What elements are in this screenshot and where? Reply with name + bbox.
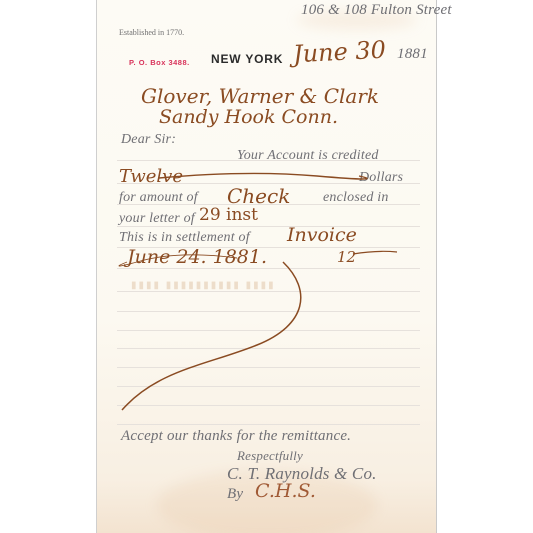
by-label: By bbox=[227, 486, 243, 503]
letter-paper: ▮▮▮▮ ▮▮▮▮▮▮▮▮▮▮ ▮▮▮▮ Established in 1770… bbox=[96, 0, 437, 533]
thanks-line: Accept our thanks for the remittance. bbox=[121, 428, 351, 445]
respectfully: Respectfully bbox=[237, 448, 303, 464]
signature: C.H.S. bbox=[255, 480, 316, 502]
